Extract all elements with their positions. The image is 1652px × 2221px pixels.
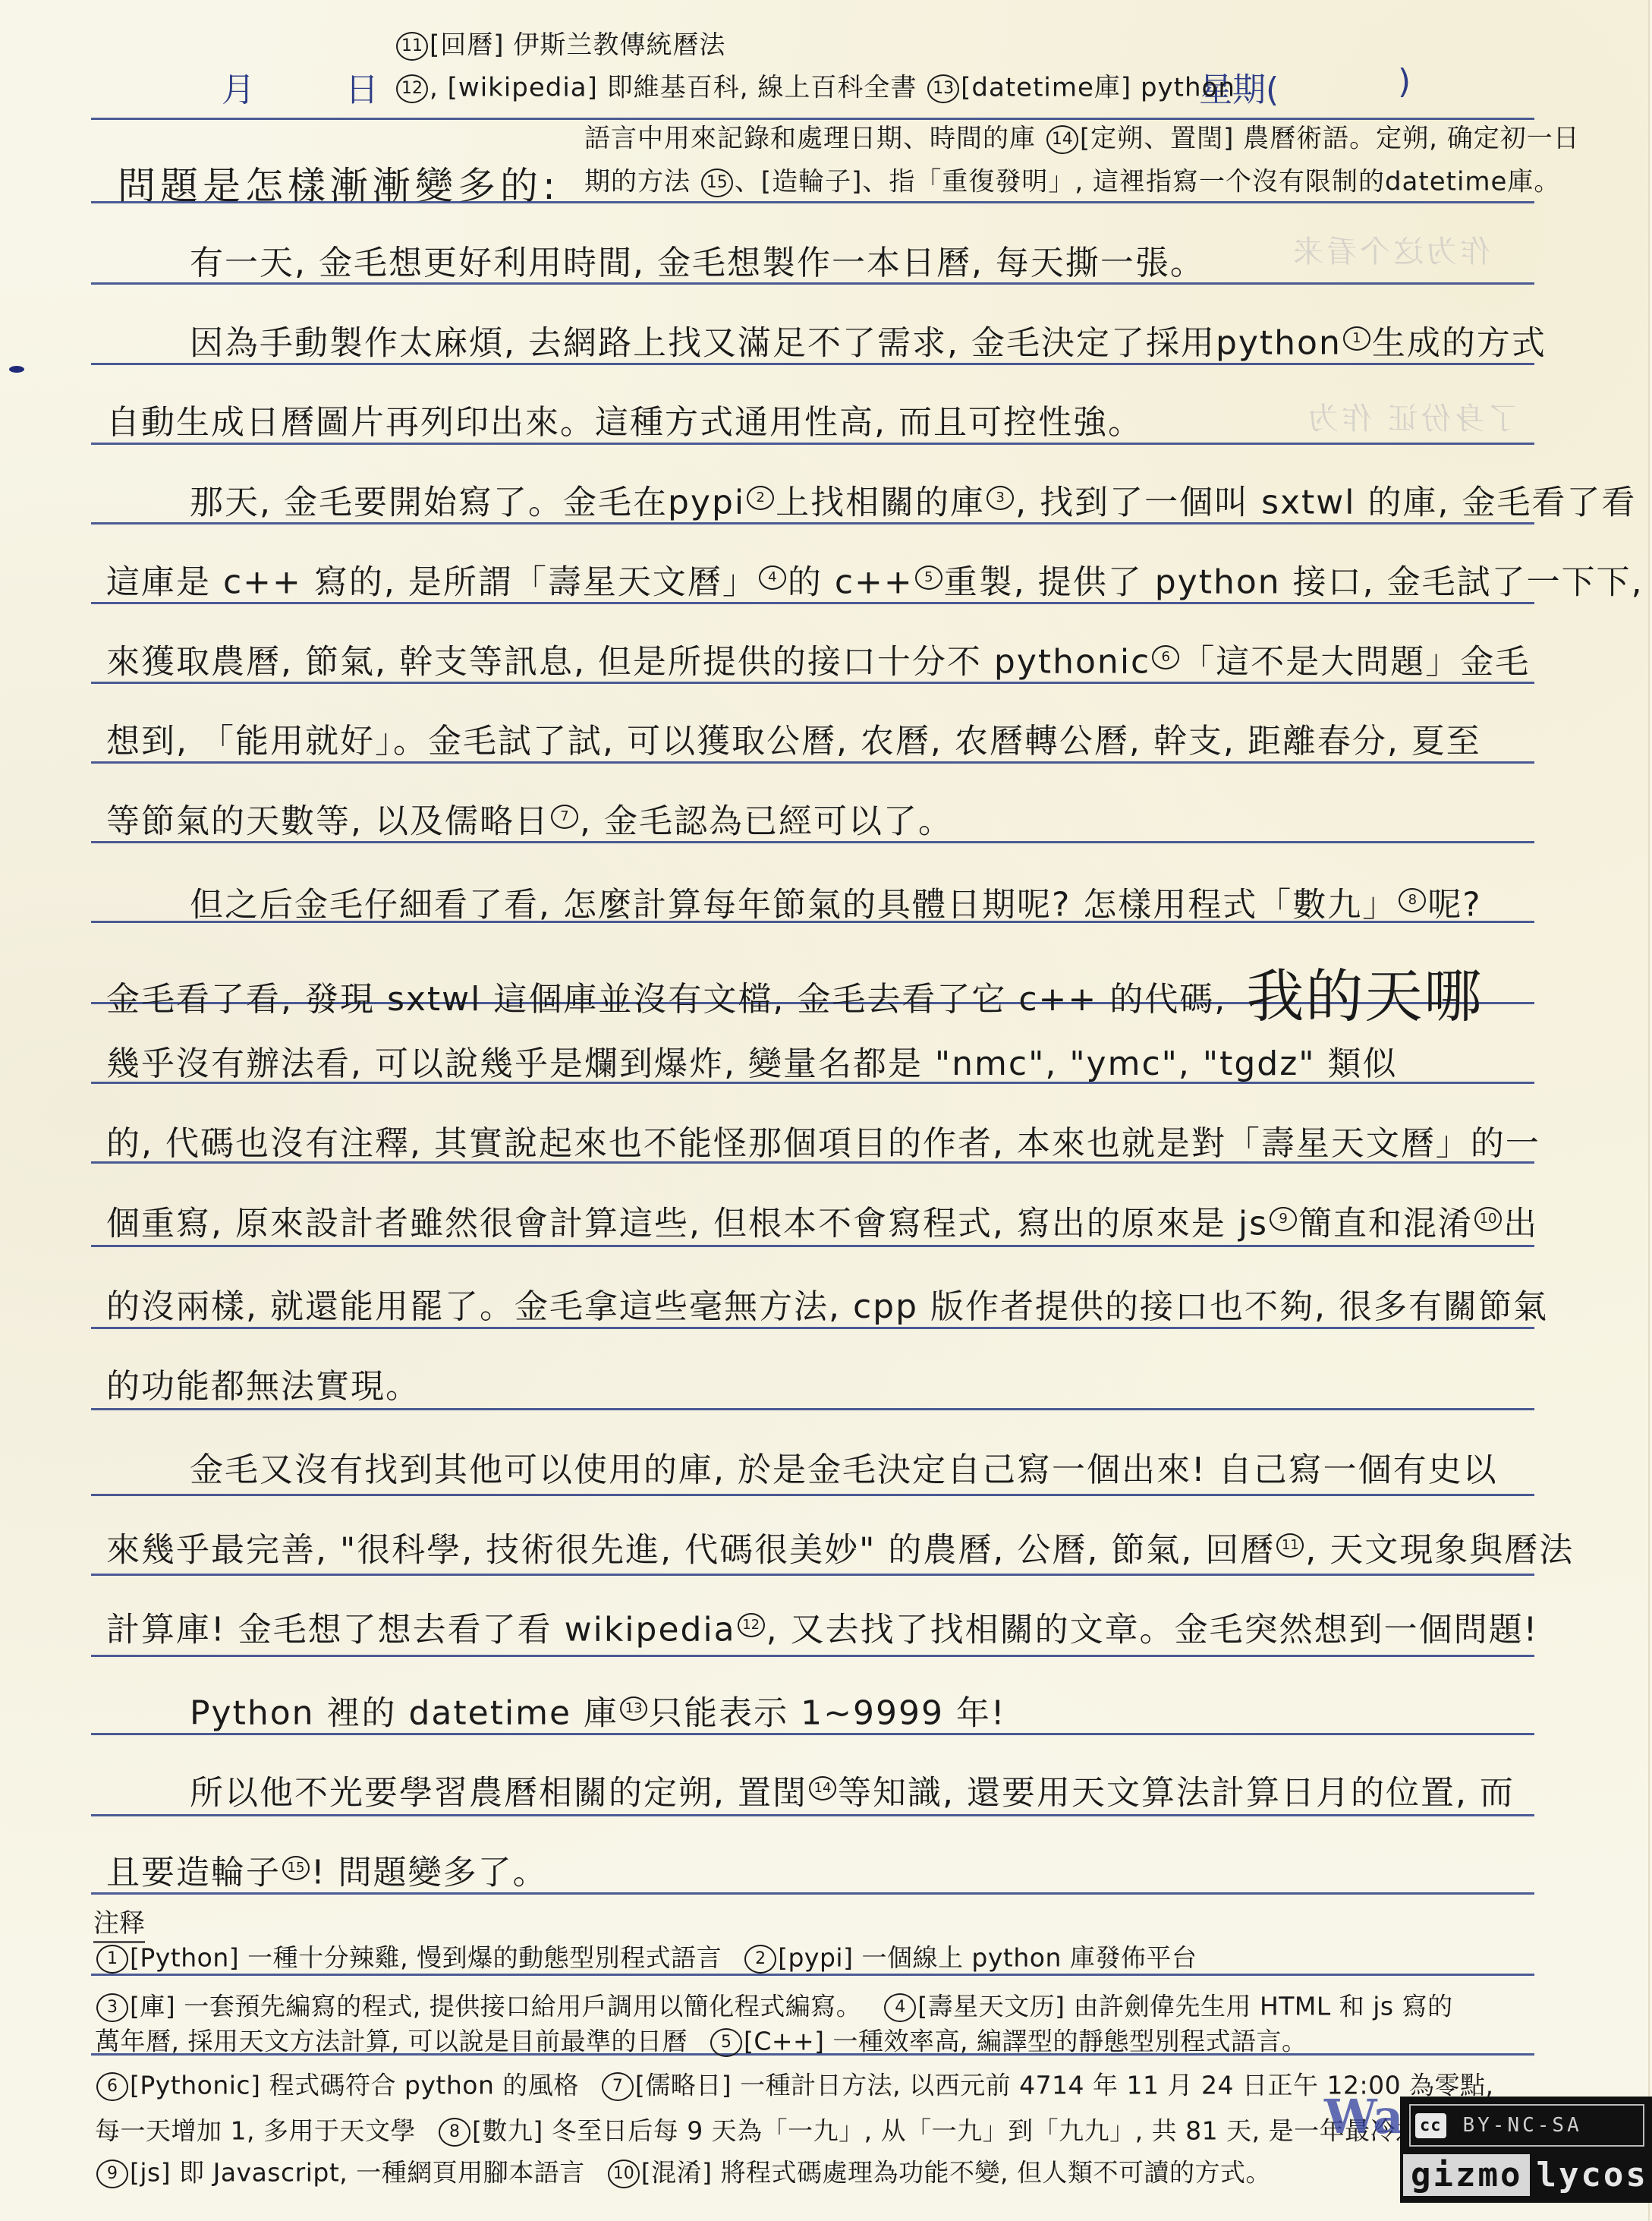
footnote-marker: 5 <box>915 565 942 590</box>
text-run: 有一天, 金毛想更好利用時間, 金毛想製作一本日曆, 每天撕一張。 <box>190 244 1205 282</box>
text-run: [混淆] 將程式碼處理為功能不變, 但人類不可讀的方式。 <box>641 2158 1271 2188</box>
text-run: 我的天哪 <box>1226 962 1483 1030</box>
footnote-marker: 11 <box>396 32 428 61</box>
footnote-marker: 14 <box>809 1776 836 1800</box>
footnote-marker: 4 <box>884 1993 916 2022</box>
footnote-marker: 2 <box>747 486 774 510</box>
body-line: 個重寫, 原來設計者雖然很會計算這些, 但根本不會寫程式, 寫出的原來是 js9… <box>106 1207 1540 1241</box>
footnote-marker: 12 <box>738 1613 765 1637</box>
text-run: 幾乎沒有辦法看, 可以說幾乎是爛到爆炸, 變量名都是 "nmc", "ymc",… <box>106 1044 1398 1083</box>
brand-logo: gizmo lycos <box>1403 2151 1649 2198</box>
footnote-marker: 14 <box>1046 125 1078 154</box>
footnote-line: 萬年曆, 採用天文方法計算, 可以說是目前最準的日曆5[C++] 一種效率高, … <box>95 2028 1529 2057</box>
text-run: [庫] 一套預先編寫的程式, 提供接口給用戶調用以簡化程式編寫。 <box>130 1992 861 2021</box>
body-line: 金毛看了看, 發現 sxtwl 這個庫並沒有文檔, 金毛去看了它 c++ 的代碼… <box>106 968 1540 1025</box>
license-text: BY-NC-SA <box>1463 2114 1582 2137</box>
brand-part-a: gizmo <box>1403 2154 1530 2196</box>
watermark-partial: Wa <box>1324 2089 1403 2144</box>
ruled-line <box>91 522 1534 525</box>
body-line: 想到, 「能用就好」。金毛試了試, 可以獲取公曆, 农曆, 农曆轉公曆, 幹支,… <box>106 725 1540 758</box>
text-run: 自動生成日曆圖片再列印出來。這種方式通用性高, 而且可控性強。 <box>106 403 1143 442</box>
top-note-14-15: 期的方法 15、[造輪子]、指「重復發明」, 這裡指寫一个沒有限制的dateti… <box>584 169 1652 197</box>
note-text: [datetime庫] python <box>961 73 1235 103</box>
text-run: , 天文現象與曆法 <box>1305 1531 1574 1570</box>
text-run: [pypi] 一個線上 python 庫發佈平台 <box>778 1943 1197 1973</box>
brand-part-b: lycos <box>1530 2154 1652 2196</box>
footnote-marker: 6 <box>96 2072 128 2101</box>
top-note-12-13: 12, [wikipedia] 即維基百科, 線上百科全書 13[datetim… <box>395 74 1652 103</box>
text-run: 簡直和混淆 <box>1298 1205 1473 1243</box>
text-run: 出 <box>1503 1205 1538 1243</box>
footnote-marker: 12 <box>396 74 428 103</box>
text-run: 等節氣的天數等, 以及儒略日 <box>106 802 549 841</box>
footnote-marker: 10 <box>1474 1207 1502 1231</box>
ruled-line <box>91 118 1534 120</box>
text-run: [C++] 一種效率高, 編譯型的靜態型別程式語言。 <box>744 2027 1307 2056</box>
text-run: 上找相關的庫 <box>776 484 985 522</box>
body-line: 且要造輪子15! 問題變多了。 <box>106 1856 1540 1890</box>
text-run: 重製, 提供了 python 接口, 金毛試了一下下, 可以用 <box>944 563 1652 602</box>
text-run: 呢? <box>1427 886 1481 925</box>
ruled-line <box>91 363 1534 365</box>
body-line: 自動生成日曆圖片再列印出來。這種方式通用性高, 而且可控性強。 <box>106 406 1540 439</box>
text-run: 只能表示 1~9999 年! <box>649 1694 1005 1733</box>
cc-icon: cc <box>1415 2113 1446 2138</box>
footnote-line: 3[庫] 一套預先編寫的程式, 提供接口給用戶調用以簡化程式編寫。4[壽星天文历… <box>95 1993 1529 2022</box>
text-run: [壽星天文历] 由許劍偉先生用 HTML 和 js 寫的 <box>917 1992 1452 2021</box>
footnote-marker: 7 <box>551 805 578 829</box>
note-text: [定朔、置閏] 農曆術語。定朔, 确定初一日 <box>1080 124 1580 154</box>
text-run: [Pythonic] 程式碼符合 python 的風格 <box>130 2071 579 2100</box>
footnote-marker: 2 <box>744 1945 776 1974</box>
ruled-line <box>91 282 1534 285</box>
ruled-line <box>91 1574 1534 1576</box>
ink-blot <box>9 366 24 373</box>
body-line: 所以他不光要學習農曆相關的定朔, 置閏14等知識, 還要用天文算法計算日月的位置… <box>190 1776 1624 1810</box>
footnote-marker: 3 <box>96 1993 128 2022</box>
month-label: 月 <box>222 62 255 111</box>
text-run: , 找到了一個叫 sxtwl 的庫, 金毛看了看 <box>1015 484 1636 522</box>
top-note-13-14: 語言中用來記錄和處理日期、時間的庫 14[定朔、置閏] 農曆術語。定朔, 确定初… <box>584 125 1652 154</box>
ruled-line <box>91 201 1534 203</box>
ruled-line <box>91 1974 1534 1976</box>
body-line: 的, 代碼也沒有注釋, 其實說起來也不能怪那個項目的作者, 本來也就是對「壽星天… <box>106 1127 1540 1161</box>
text-run: 每一天增加 1, 多用于天文學 <box>95 2116 416 2146</box>
note-text: [回曆] 伊斯兰教傳統曆法 <box>430 30 725 61</box>
body-line: 金毛又沒有找到其他可以使用的庫, 於是金毛決定自己寫一個出來! 自己寫一個有史以 <box>190 1454 1624 1487</box>
footnote-marker: 9 <box>1270 1207 1297 1231</box>
footnote-marker: 15 <box>282 1856 310 1880</box>
text-run: , 金毛認為已經可以了。 <box>580 802 953 841</box>
note-text: 語言中用來記錄和處理日期、時間的庫 <box>584 124 1036 154</box>
text-run: ! 問題變多了。 <box>311 1854 548 1892</box>
text-run: [Python] 一種十分辣雞, 慢到爆的動態型別程式語言 <box>130 1943 722 1973</box>
day-label: 日 <box>345 62 379 111</box>
footnote-line: 6[Pythonic] 程式碼符合 python 的風格7[儒略日] 一種計日方… <box>95 2072 1529 2101</box>
footnote-marker: 1 <box>96 1945 128 1974</box>
footnote-line: 1[Python] 一種十分辣雞, 慢到爆的動態型別程式語言2[pypi] 一個… <box>95 1945 1529 1974</box>
ruled-line <box>91 761 1534 764</box>
ruled-line <box>91 682 1534 684</box>
body-line: 來獲取農曆, 節氣, 幹支等訊息, 但是所提供的接口十分不 pythonic6「… <box>106 645 1540 679</box>
body-line: 但之后金毛仔細看了看, 怎麼計算每年節氣的具體日期呢? 怎樣用程式「數九」8呢? <box>190 888 1624 922</box>
body-line: 的功能都無法實現。 <box>106 1370 1540 1403</box>
text-run: [js] 即 Javascript, 一種網頁用腳本語言 <box>130 2158 585 2188</box>
body-line: 幾乎沒有辦法看, 可以說幾乎是爛到爆炸, 變量名都是 "nmc", "ymc",… <box>106 1047 1540 1081</box>
text-run: 個重寫, 原來設計者雖然很會計算這些, 但根本不會寫程式, 寫出的原來是 js <box>106 1205 1268 1243</box>
text-run: [數九] 冬至日后每 9 天為「一九」, 从「一九」到「九九」, 共 81 天,… <box>472 2116 1446 2146</box>
text-run: 來獲取農曆, 節氣, 幹支等訊息, 但是所提供的接口十分不 pythonic <box>106 643 1150 682</box>
text-run: 所以他不光要學習農曆相關的定朔, 置閏 <box>190 1774 807 1813</box>
license-row: cc BY-NC-SA <box>1409 2104 1644 2147</box>
ruled-line <box>91 1733 1534 1735</box>
body-line: 因為手動製作太麻煩, 去網路上找又滿足不了需求, 金毛決定了採用python1生… <box>190 326 1624 361</box>
body-line: 這庫是 c++ 寫的, 是所謂「壽星天文曆」4的 c++5重製, 提供了 pyt… <box>106 565 1540 600</box>
note-text: 、[造輪子]、指「重復發明」, 這裡指寫一个沒有限制的datetime庫。 <box>735 167 1561 197</box>
ruled-line <box>91 602 1534 604</box>
text-run: 等知識, 還要用天文算法計算日月的位置, 而 <box>838 1774 1515 1813</box>
footnote-marker: 11 <box>1276 1533 1304 1558</box>
text-run: 且要造輪子 <box>106 1854 281 1892</box>
note-text: 期的方法 <box>584 167 691 197</box>
note-text: , [wikipedia] 即維基百科, 線上百科全書 <box>430 73 917 103</box>
body-line: 等節氣的天數等, 以及儒略日7, 金毛認為已經可以了。 <box>106 805 1540 839</box>
footnote-marker: 3 <box>986 486 1014 510</box>
text-run: 金毛看了看, 發現 sxtwl 這個庫並沒有文檔, 金毛去看了它 c++ 的代碼… <box>106 980 1226 1019</box>
text-run: 但之后金毛仔細看了看, 怎麼計算每年節氣的具體日期呢? 怎樣用程式「數九」 <box>190 886 1397 925</box>
body-line: 有一天, 金毛想更好利用時間, 金毛想製作一本日曆, 每天撕一張。 <box>190 247 1624 280</box>
ruled-line <box>91 1814 1534 1816</box>
ruled-line <box>91 1655 1534 1657</box>
body-line: 的沒兩樣, 就還能用罷了。金毛拿這些毫無方法, cpp 版作者提供的接口也不夠,… <box>106 1290 1540 1324</box>
footnote-marker: 5 <box>710 2028 742 2057</box>
ruled-line <box>91 1327 1534 1329</box>
footnote-marker: 13 <box>620 1696 647 1721</box>
footnote-line: 每一天增加 1, 多用于天文學8[數九] 冬至日后每 9 天為「一九」, 从「一… <box>95 2118 1529 2147</box>
text-run: 這庫是 c++ 寫的, 是所謂「壽星天文曆」 <box>106 563 757 602</box>
text-run: 想到, 「能用就好」。金毛試了試, 可以獲取公曆, 农曆, 农曆轉公曆, 幹支,… <box>106 722 1481 761</box>
text-run: 生成的方式 <box>1372 324 1547 363</box>
text-run: Python 裡的 datetime 庫 <box>190 1694 618 1733</box>
text-run: 計算庫! 金毛想了想去看了看 wikipedia <box>106 1611 736 1649</box>
top-note-11: 11[回曆] 伊斯兰教傳統曆法 <box>395 32 1652 61</box>
footnote-marker: 7 <box>602 2072 634 2101</box>
notes-heading: 注释 <box>93 1902 145 1943</box>
license-stamp: cc BY-NC-SA gizmo lycos <box>1400 2097 1652 2203</box>
body-line: 那天, 金毛要開始寫了。金毛在pypi2上找相關的庫3, 找到了一個叫 sxtw… <box>190 486 1624 520</box>
text-run: 萬年曆, 採用天文方法計算, 可以說是目前最準的日曆 <box>95 2027 688 2056</box>
text-run: 那天, 金毛要開始寫了。金毛在pypi <box>190 484 745 522</box>
ruled-line <box>91 1494 1534 1496</box>
text-run: 因為手動製作太麻煩, 去網路上找又滿足不了需求, 金毛決定了採用python <box>190 324 1342 363</box>
ruled-line <box>91 1408 1534 1410</box>
footnote-marker: 10 <box>608 2160 640 2188</box>
footnote-marker: 15 <box>701 169 733 197</box>
text-run: 的沒兩樣, 就還能用罷了。金毛拿這些毫無方法, cpp 版作者提供的接口也不夠,… <box>106 1287 1548 1326</box>
ruled-line <box>91 1892 1534 1895</box>
ruled-line <box>91 1245 1534 1247</box>
ruled-line <box>91 443 1534 445</box>
text-run: 的, 代碼也沒有注釋, 其實說起來也不能怪那個項目的作者, 本來也就是對「壽星天… <box>106 1124 1540 1163</box>
footnote-marker: 13 <box>927 74 959 103</box>
text-run: 的 c++ <box>788 563 914 602</box>
text-run: 「這不是大問題」金毛 <box>1181 643 1530 682</box>
ruled-line <box>91 841 1534 843</box>
text-run: 來幾乎最完善, "很科學, 技術很先進, 代碼很美妙" 的農曆, 公曆, 節氣,… <box>106 1531 1275 1570</box>
footnote-marker: 6 <box>1152 645 1179 669</box>
body-line: 來幾乎最完善, "很科學, 技術很先進, 代碼很美妙" 的農曆, 公曆, 節氣,… <box>106 1533 1540 1567</box>
footnote-marker: 8 <box>1399 888 1426 912</box>
footnote-marker: 8 <box>439 2118 470 2147</box>
footnote-marker: 4 <box>759 565 786 590</box>
text-run: 的功能都無法實現。 <box>106 1367 420 1406</box>
footnote-marker: 9 <box>96 2160 128 2188</box>
footnote-marker: 1 <box>1343 326 1370 351</box>
text-run: , 又去找了找相關的文章。金毛突然想到一個問題! <box>766 1611 1539 1649</box>
footnote-line: 9[js] 即 Javascript, 一種網頁用腳本語言10[混淆] 將程式碼… <box>95 2160 1529 2188</box>
text-run: 金毛又沒有找到其他可以使用的庫, 於是金毛決定自己寫一個出來! 自己寫一個有史以 <box>190 1451 1498 1489</box>
body-line: 計算庫! 金毛想了想去看了看 wikipedia12, 又去找了找相關的文章。金… <box>106 1613 1540 1647</box>
body-line: Python 裡的 datetime 庫13只能表示 1~9999 年! <box>190 1696 1624 1731</box>
